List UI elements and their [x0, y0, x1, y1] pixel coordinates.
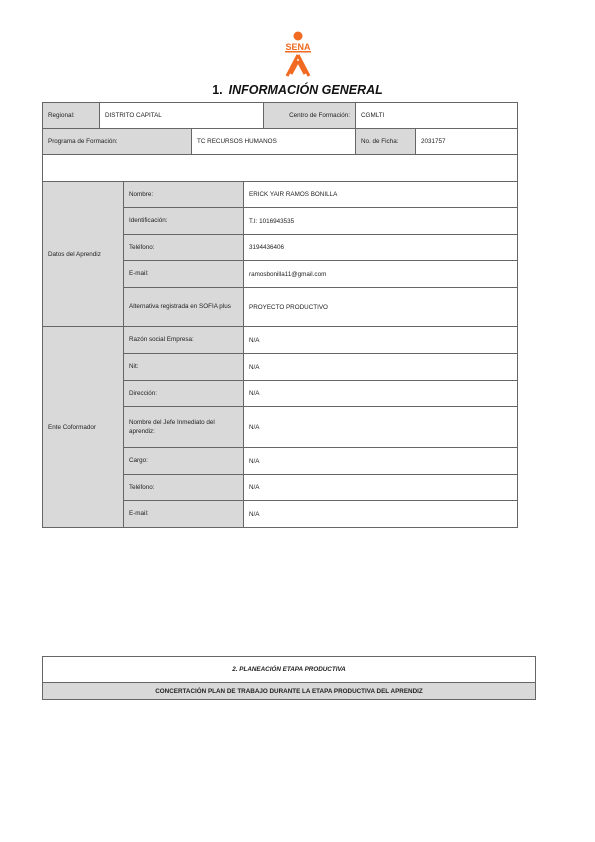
field-value: 3194436406	[244, 235, 517, 260]
field-label: Teléfono:	[124, 235, 244, 260]
centro-label: Centro de Formación:	[263, 103, 355, 128]
field-label: Nombre:	[124, 182, 244, 207]
aprendiz-group-label: Datos del Aprendiz	[43, 182, 124, 326]
field-label: E-mail:	[124, 261, 244, 287]
field-label: Cargo:	[124, 448, 244, 474]
section1-number: 1.	[212, 83, 222, 97]
section2-table: 2. PLANEACIÓN ETAPA PRODUCTIVA CONCERTAC…	[42, 656, 536, 700]
section1-title-text: INFORMACIÓN GENERAL	[229, 83, 383, 97]
programa-value: TC RECURSOS HUMANOS	[191, 129, 355, 154]
field-label: Identificación:	[124, 208, 244, 234]
sena-logo: SENA	[280, 30, 316, 78]
field-value: N/A	[244, 327, 517, 353]
field-label: Nit:	[124, 354, 244, 380]
coformador-block: Ente Coformador Razón social Empresa:N/A…	[42, 326, 518, 528]
coformador-group-label: Ente Coformador	[43, 327, 124, 527]
field-label: Nombre del Jefe Inmediato del aprendiz:	[124, 407, 244, 447]
field-value: ramosbonilla11@gmail.com	[244, 261, 517, 287]
field-value: PROYECTO PRODUCTIVO	[244, 288, 517, 326]
logo-text: SENA	[285, 42, 311, 52]
centro-value: CGMLTI	[355, 103, 517, 128]
field-value: N/A	[244, 354, 517, 380]
field-value: N/A	[244, 448, 517, 474]
field-value: N/A	[244, 501, 517, 527]
field-label: E-mail:	[124, 501, 244, 527]
field-label: Alternativa registrada en SOFIA plus	[124, 288, 244, 326]
aprendiz-block: Datos del Aprendiz Nombre:ERICK YAIR RAM…	[42, 181, 518, 326]
section2-title: 2. PLANEACIÓN ETAPA PRODUCTIVA	[43, 657, 535, 683]
section1-title: 1.INFORMACIÓN GENERAL	[0, 83, 595, 97]
field-label: Dirección:	[124, 381, 244, 406]
field-value: T.I: 1016943535	[244, 208, 517, 234]
field-value: N/A	[244, 407, 517, 447]
general-info-table: Regional: DISTRITO CAPITAL Centro de For…	[42, 102, 518, 528]
field-value: N/A	[244, 381, 517, 406]
field-value: N/A	[244, 475, 517, 500]
field-label: Teléfono:	[124, 475, 244, 500]
blank-row	[42, 154, 518, 181]
field-value: ERICK YAIR RAMOS BONILLA	[244, 182, 517, 207]
ficha-value: 2031757	[415, 129, 517, 154]
ficha-label: No. de Ficha:	[355, 129, 415, 154]
regional-label: Regional:	[43, 103, 99, 128]
regional-value: DISTRITO CAPITAL	[99, 103, 263, 128]
section2-subtitle: CONCERTACIÓN PLAN DE TRABAJO DURANTE LA …	[43, 683, 535, 699]
programa-label: Programa de Formación:	[43, 129, 191, 154]
field-label: Razón social Empresa:	[124, 327, 244, 353]
